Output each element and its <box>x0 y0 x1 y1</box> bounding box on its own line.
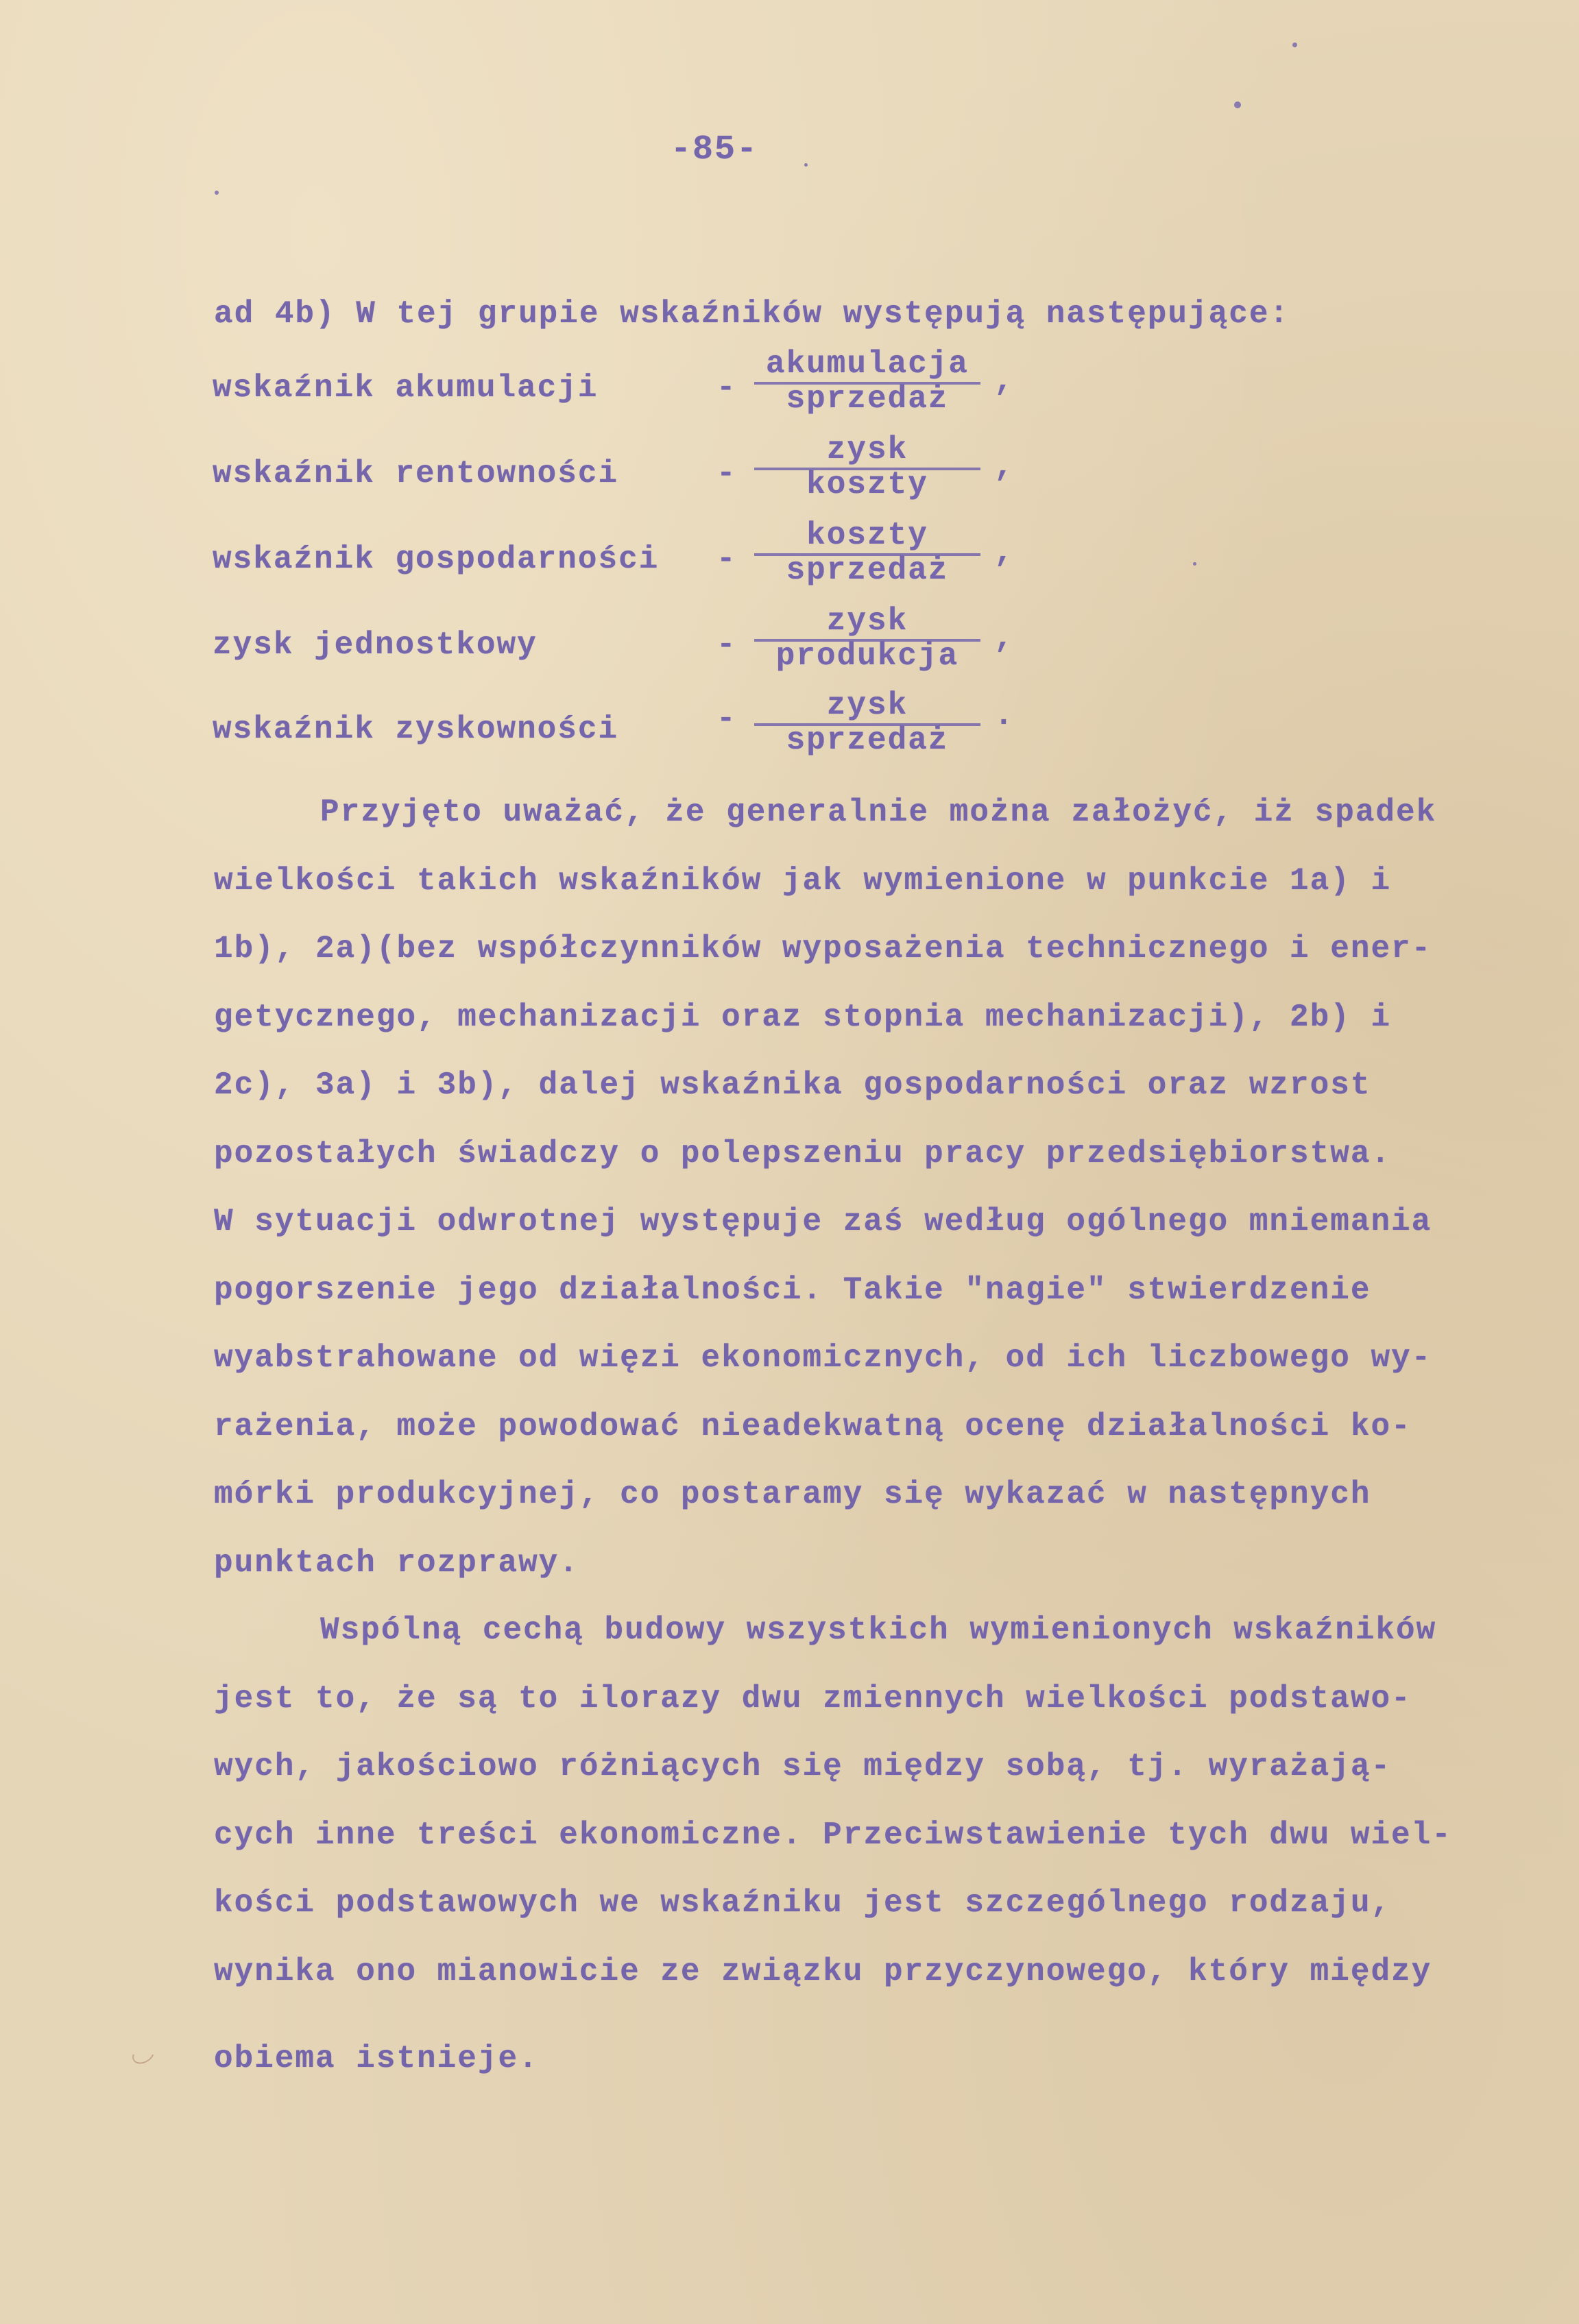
ink-speck <box>215 191 219 195</box>
fraction-bar <box>754 723 980 726</box>
formula-fraction: koszty sprzedaż <box>754 518 980 588</box>
dash: - <box>716 456 737 492</box>
indicator-row: wskaźnik akumulacji - akumulacja sprzeda… <box>213 346 1104 428</box>
text-line: Wspólną cechą budowy wszystkich wymienio… <box>214 1610 1517 1678</box>
text-line: pogorszenie jego działalności. Takie "na… <box>214 1270 1517 1338</box>
text-line: W sytuacji odwrotnej występuje zaś wedłu… <box>214 1201 1517 1270</box>
denominator: koszty <box>754 468 980 502</box>
punctuation: , <box>994 620 1015 656</box>
text-line: punktach rozprawy. <box>214 1542 1517 1611</box>
dash: - <box>716 542 737 577</box>
indicator-name: wskaźnik zyskowności <box>213 712 618 747</box>
denominator: sprzedaż <box>754 553 980 588</box>
paragraph: Wspólną cechą budowy wszystkich wymienio… <box>214 1610 1517 2107</box>
formula-fraction: zysk koszty <box>754 432 980 502</box>
punctuation: , <box>994 535 1015 570</box>
numerator: zysk <box>754 688 980 723</box>
indicator-row: zysk jednostkowy - zysk produkcja , <box>213 603 1104 686</box>
text-line: cych inne treści ekonomiczne. Przeciwsta… <box>214 1815 1517 1883</box>
text-line: wielkości takich wskaźników jak wymienio… <box>214 860 1517 929</box>
punctuation: . <box>994 698 1015 734</box>
indicator-name: zysk jednostkowy <box>213 627 538 663</box>
indicator-name: wskaźnik rentowności <box>213 456 618 492</box>
fraction-bar <box>754 382 980 385</box>
ink-speck <box>1193 562 1196 566</box>
text-line: getycznego, mechanizacji oraz stopnia me… <box>214 997 1517 1065</box>
dash: - <box>716 370 737 406</box>
text-line: 2c), 3a) i 3b), dalej wskaźnika gospodar… <box>214 1065 1517 1133</box>
text-line: wych, jakościowo różniących się między s… <box>214 1746 1517 1815</box>
ink-speck <box>804 163 808 167</box>
text-line: kości podstawowych we wskaźniku jest szc… <box>214 1883 1517 1951</box>
ink-speck <box>1234 101 1241 108</box>
indicator-row: wskaźnik gospodarności - koszty sprzedaż… <box>213 518 1104 600</box>
fraction-bar <box>754 553 980 556</box>
page-number: -85- <box>671 130 758 169</box>
numerator: akumulacja <box>754 346 980 382</box>
formula-fraction: zysk sprzedaż <box>754 688 980 758</box>
dash: - <box>716 701 737 737</box>
fraction-bar <box>754 639 980 642</box>
text-line: mórki produkcyjnej, co postaramy się wyk… <box>214 1474 1517 1542</box>
indicator-row: wskaźnik rentowności - zysk koszty , <box>213 432 1104 514</box>
formula-fraction: akumulacja sprzedaż <box>754 346 980 416</box>
denominator: sprzedaż <box>754 723 980 758</box>
indicator-name: wskaźnik akumulacji <box>213 370 599 406</box>
denominator: produkcja <box>754 639 980 673</box>
numerator: zysk <box>754 603 980 639</box>
text-line: rażenia, może powodować nieadekwatną oce… <box>214 1406 1517 1475</box>
paragraph: Przyjęto uważać, że generalnie można zał… <box>214 792 1517 1610</box>
text-line: Przyjęto uważać, że generalnie można zał… <box>214 792 1517 860</box>
denominator: sprzedaż <box>754 382 980 416</box>
numerator: koszty <box>754 518 980 553</box>
text-line: jest to, że są to ilorazy dwu zmiennych … <box>214 1678 1517 1747</box>
fraction-bar <box>754 468 980 470</box>
ink-speck <box>1292 43 1297 47</box>
numerator: zysk <box>754 432 980 468</box>
text-line: pozostałych świadczy o polepszeniu pracy… <box>214 1133 1517 1202</box>
typewritten-page: -85- ad 4b) W tej grupie wskaźników wyst… <box>0 0 1579 2324</box>
text-line: wyabstrahowane od więzi ekonomicznych, o… <box>214 1337 1517 1406</box>
indicator-row: wskaźnik zyskowności - zysk sprzedaż . <box>213 688 1104 770</box>
text-line: 1b), 2a)(bez współczynników wyposażenia … <box>214 928 1517 997</box>
indicator-name: wskaźnik gospodarności <box>213 542 659 577</box>
section-intro: ad 4b) W tej grupie wskaźników występują… <box>214 296 1290 332</box>
punctuation: , <box>994 449 1015 485</box>
punctuation: , <box>994 363 1015 399</box>
text-line: obiema istnieje. <box>214 2038 1517 2107</box>
text-line: wynika ono mianowicie ze związku przyczy… <box>214 1951 1517 2020</box>
formula-fraction: zysk produkcja <box>754 603 980 673</box>
pencil-mark <box>129 2042 157 2068</box>
dash: - <box>716 627 737 663</box>
